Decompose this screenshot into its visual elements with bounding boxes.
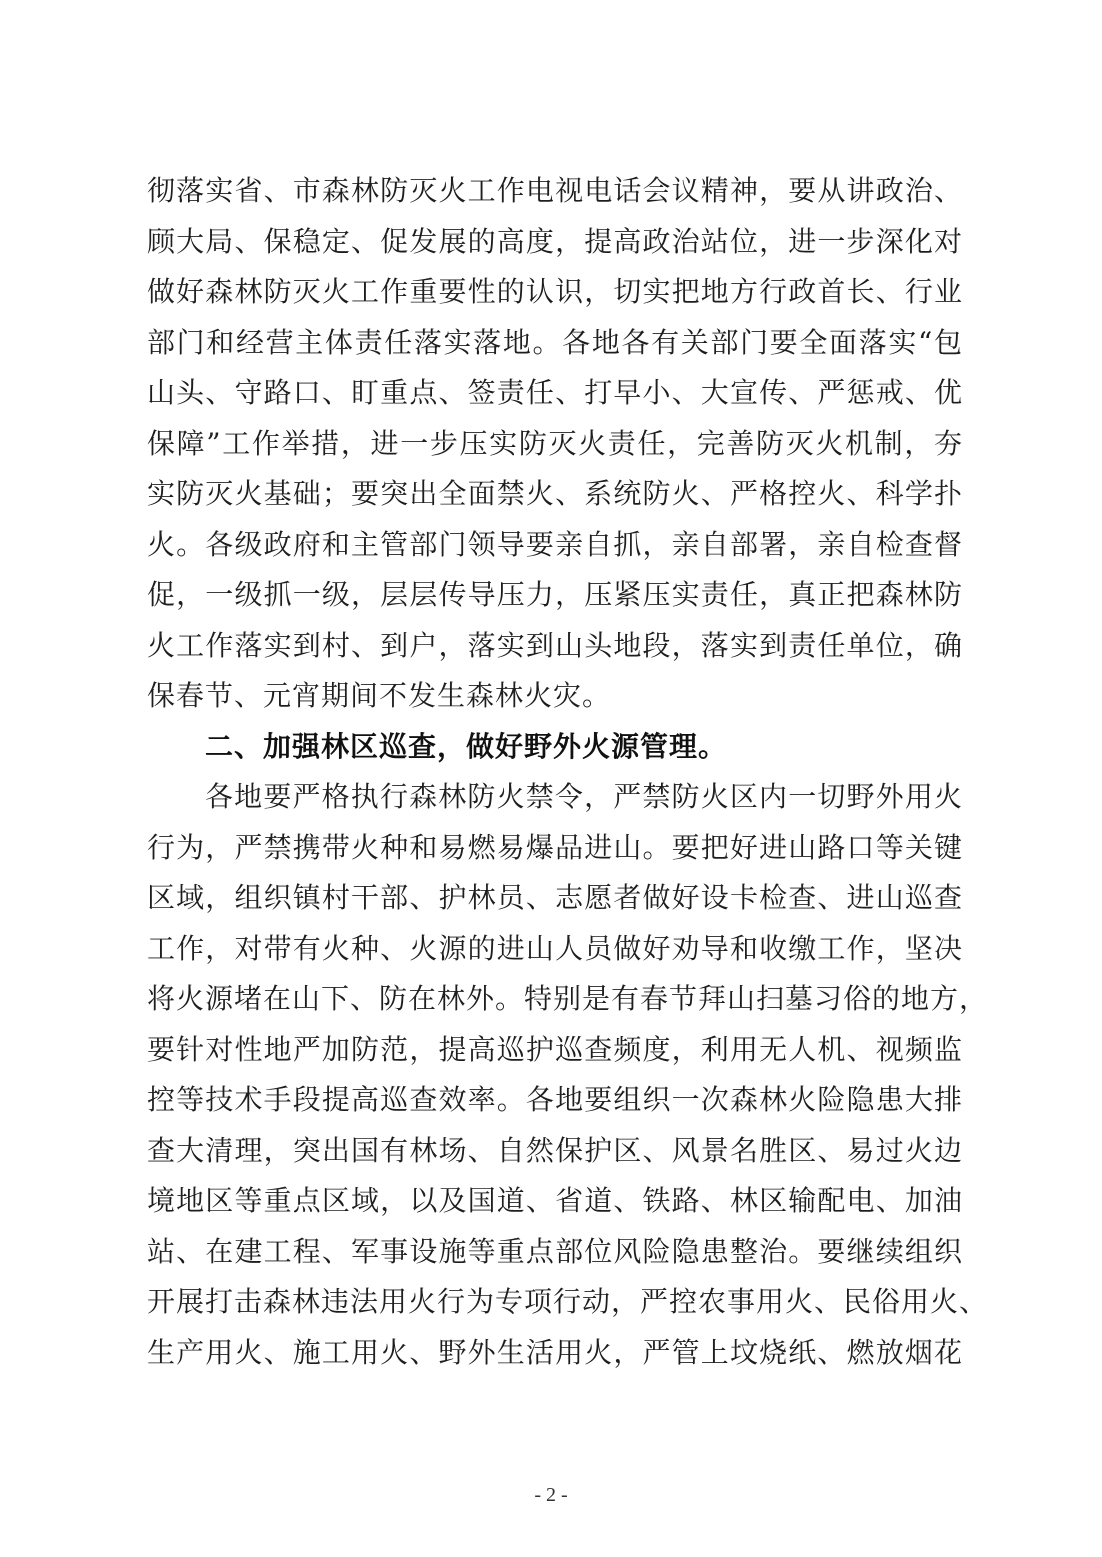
document-body: 彻落实省、市森林防灭火工作电视电话会议精神，要从讲政治、 顾大局、保稳定、促发展… xyxy=(147,166,963,1378)
text-line: 彻落实省、市森林防灭火工作电视电话会议精神，要从讲政治、 xyxy=(147,166,963,217)
paragraph-patrol: 各地要严格执行森林防火禁令，严禁防火区内一切野外用火 行为，严禁携带火种和易燃易… xyxy=(147,772,963,1378)
text-line: 区域，组织镇村干部、护林员、志愿者做好设卡检查、进山巡查 xyxy=(147,873,963,924)
text-line: 查大清理，突出国有林场、自然保护区、风景名胜区、易过火边 xyxy=(147,1126,963,1177)
text-line: 顾大局、保稳定、促发展的高度，提高政治站位，进一步深化对 xyxy=(147,217,963,268)
text-line: 站、在建工程、军事设施等重点部位风险隐患整治。要继续组织 xyxy=(147,1227,963,1278)
text-line: 部门和经营主体责任落实落地。各地各有关部门要全面落实“包 xyxy=(147,318,963,369)
text-line: 控等技术手段提高巡查效率。各地要组织一次森林火险隐患大排 xyxy=(147,1075,963,1126)
text-line: 境地区等重点区域，以及国道、省道、铁路、林区输配电、加油 xyxy=(147,1176,963,1227)
text-line: 促，一级抓一级，层层传导压力，压紧压实责任，真正把森林防 xyxy=(147,570,963,621)
document-page: 彻落实省、市森林防灭火工作电视电话会议精神，要从讲政治、 顾大局、保稳定、促发展… xyxy=(0,0,1102,1557)
text-line: 保障”工作举措，进一步压实防灭火责任，完善防灭火机制，夯 xyxy=(147,419,963,470)
text-line: 火工作落实到村、到户，落实到山头地段，落实到责任单位，确 xyxy=(147,621,963,672)
paragraph-responsibility: 彻落实省、市森林防灭火工作电视电话会议精神，要从讲政治、 顾大局、保稳定、促发展… xyxy=(147,166,963,722)
text-line: 各地要严格执行森林防火禁令，严禁防火区内一切野外用火 xyxy=(147,772,963,823)
text-line: 生产用火、施工用火、野外生活用火，严管上坟烧纸、燃放烟花 xyxy=(147,1328,963,1379)
text-line: 要针对性地严加防范，提高巡护巡查频度，利用无人机、视频监 xyxy=(147,1025,963,1076)
text-line: 行为，严禁携带火种和易燃易爆品进山。要把好进山路口等关键 xyxy=(147,823,963,874)
text-line: 保春节、元宵期间不发生森林火灾。 xyxy=(147,671,963,722)
text-line: 山头、守路口、盯重点、签责任、打早小、大宣传、严惩戒、优 xyxy=(147,368,963,419)
text-line: 工作，对带有火种、火源的进山人员做好劝导和收缴工作，坚决 xyxy=(147,924,963,975)
page-number: - 2 - xyxy=(0,1484,1102,1507)
text-line: 实防灭火基础；要突出全面禁火、系统防火、严格控火、科学扑 xyxy=(147,469,963,520)
text-line: 开展打击森林违法用火行为专项行动，严控农事用火、民俗用火、 xyxy=(147,1277,963,1328)
text-line: 火。各级政府和主管部门领导要亲自抓，亲自部署，亲自检查督 xyxy=(147,520,963,571)
section-heading: 二、加强林区巡查，做好野外火源管理。 xyxy=(147,722,963,773)
text-line: 将火源堵在山下、防在林外。特别是有春节拜山扫墓习俗的地方， xyxy=(147,974,963,1025)
text-line: 做好森林防灭火工作重要性的认识，切实把地方行政首长、行业 xyxy=(147,267,963,318)
